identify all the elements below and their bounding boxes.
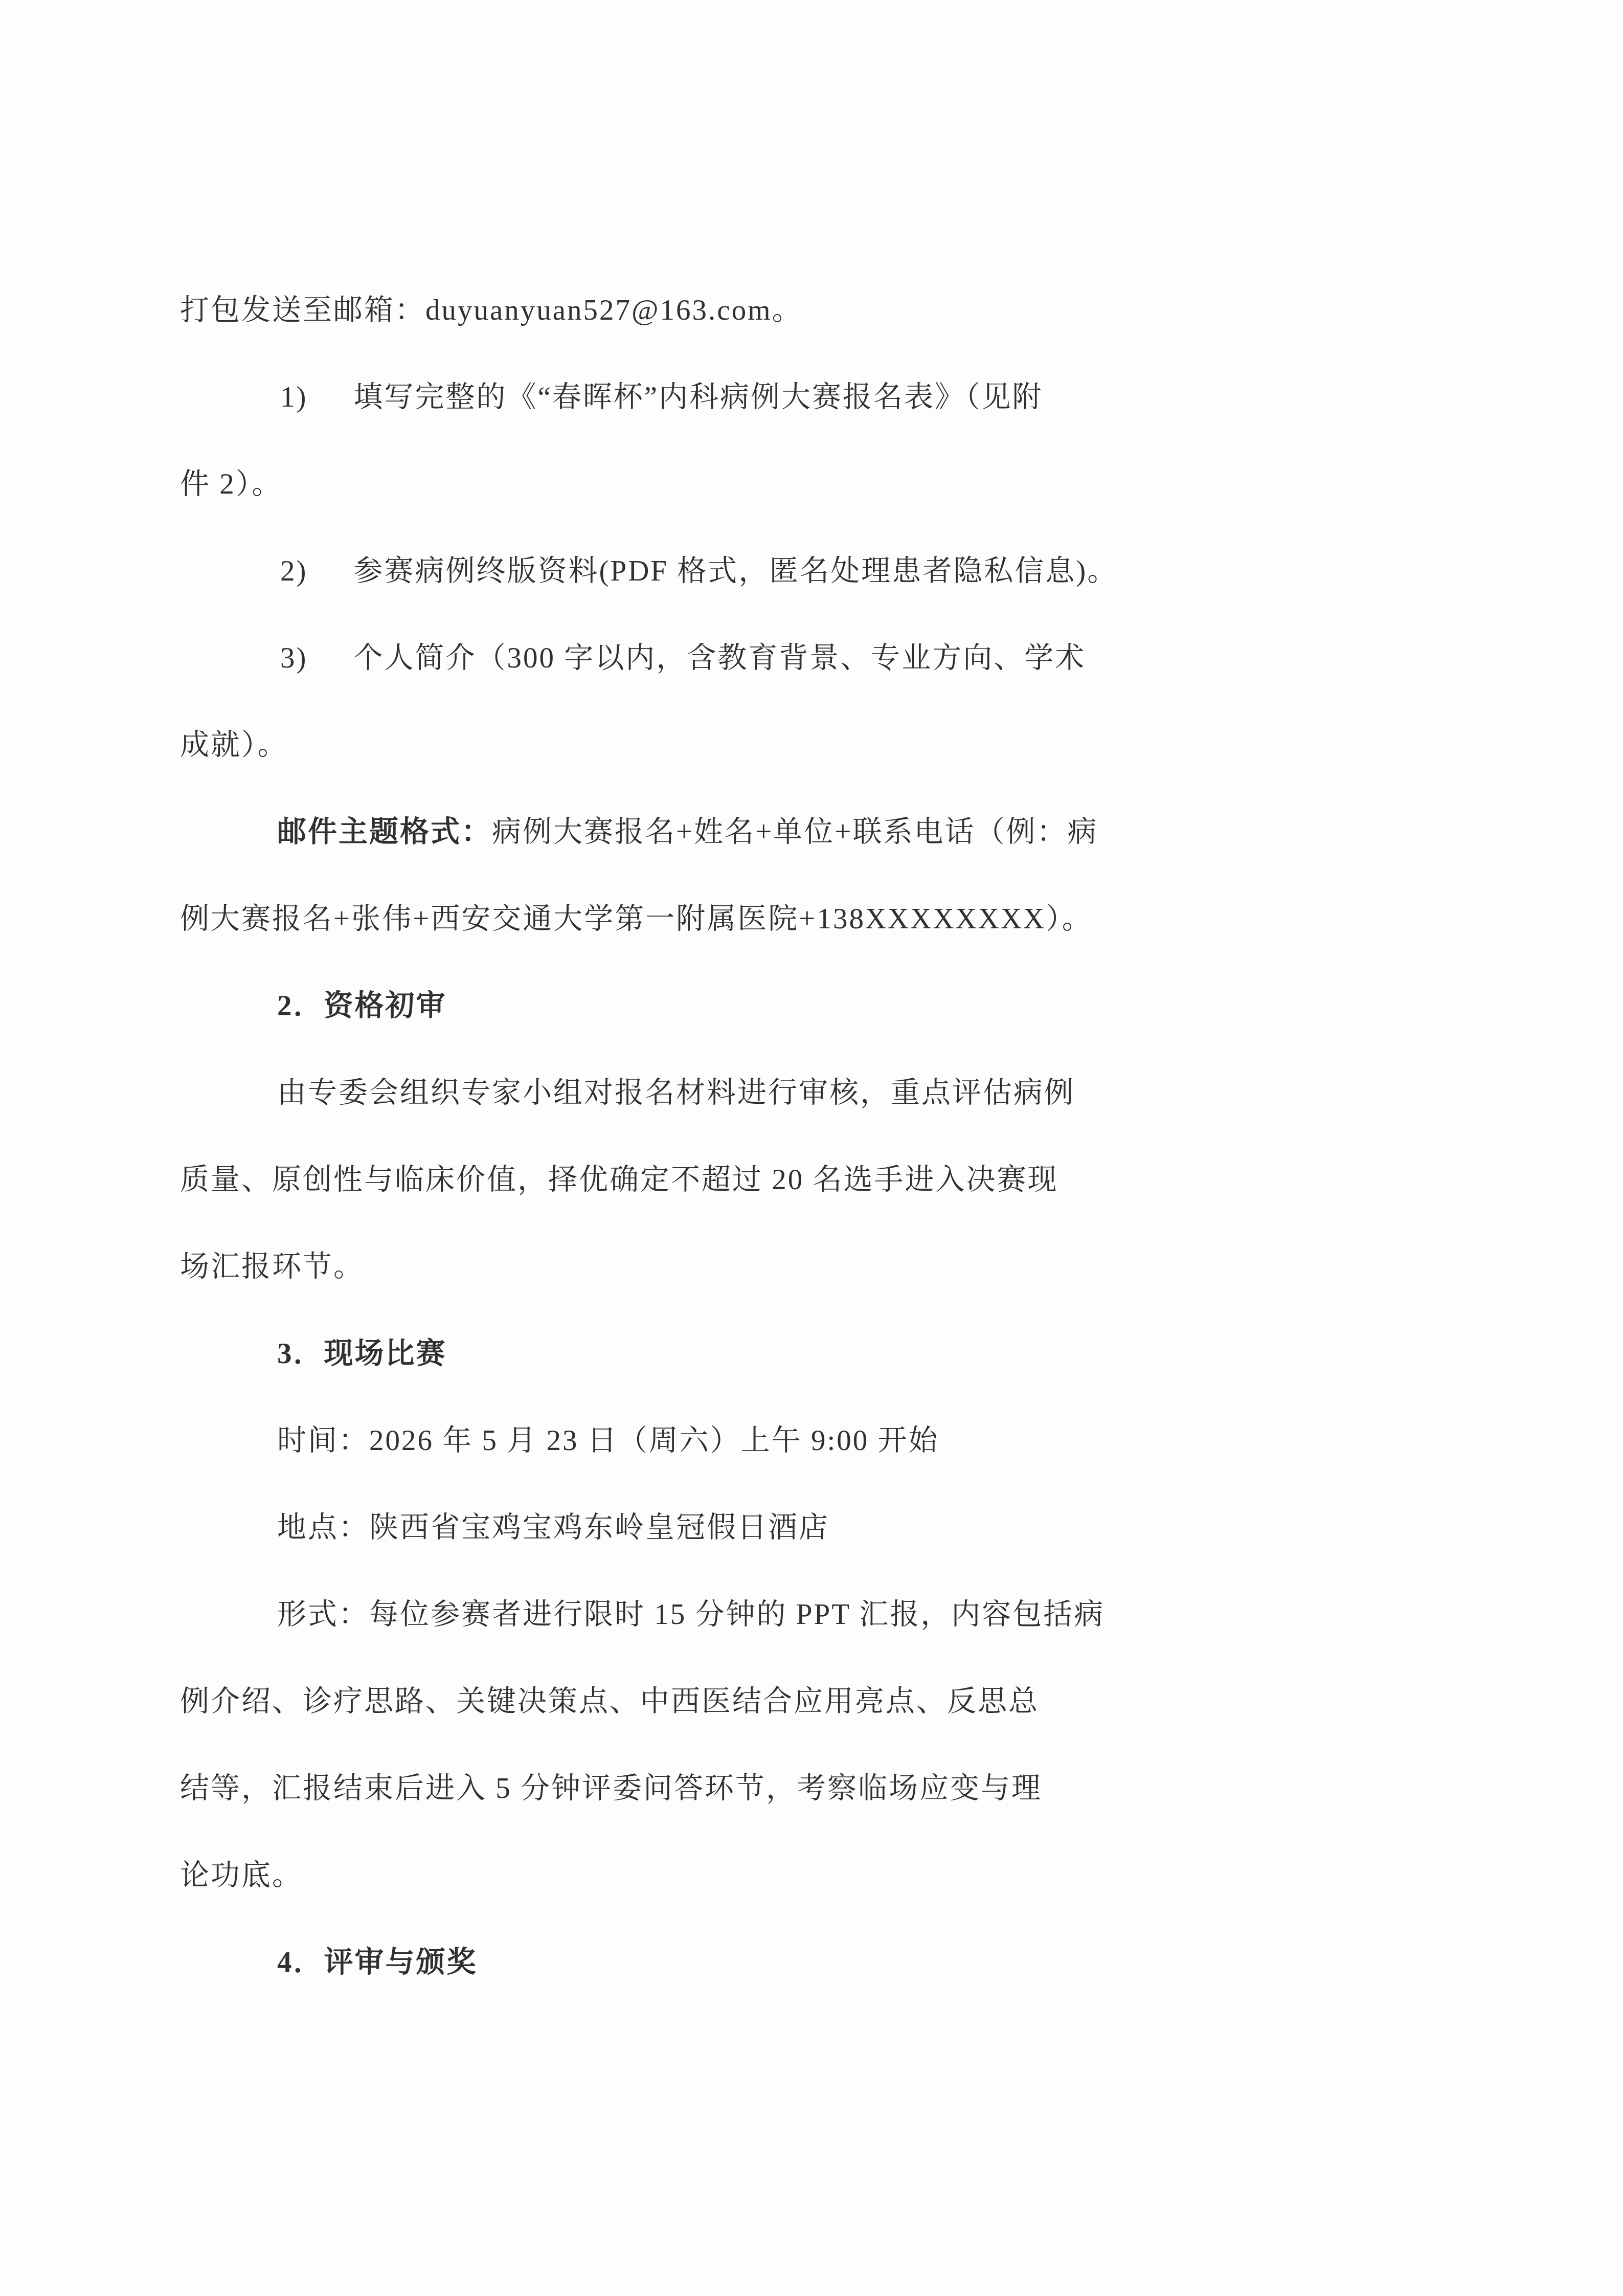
text-line: 打包发送至邮箱：duyuanyuan527@163.com。 (180, 267, 1449, 354)
text-segment: 时间：2026 年 5 月 23 日（周六）上午 9:00 开始 (277, 1424, 939, 1457)
text-segment: 地点：陕西省宝鸡宝鸡东岭皇冠假日酒店 (277, 1511, 829, 1544)
text-segment: 邮件主题格式： (277, 816, 492, 848)
text-segment: 填写完整的《“春晖杯”内科病例大赛报名表》（见附 (353, 381, 1043, 413)
text-segment: 例大赛报名+张伟+西安交通大学第一附属医院+138XXXXXXXX）。 (180, 903, 1093, 935)
text-line: 形式：每位参赛者进行限时 15 分钟的 PPT 汇报，内容包括病 (180, 1571, 1449, 1658)
text-line: 结等，汇报结束后进入 5 分钟评委问答环节，考察临场应变与理 (180, 1745, 1449, 1832)
document-page: 打包发送至邮箱：duyuanyuan527@163.com。1)填写完整的《“春… (0, 0, 1623, 2296)
text-segment: 场汇报环节。 (180, 1251, 364, 1283)
text-segment: 例介绍、诊疗思路、关键决策点、中西医结合应用亮点、反思总 (180, 1685, 1039, 1718)
text-line: 质量、原创性与临床价值，择优确定不超过 20 名选手进入决赛现 (180, 1136, 1449, 1223)
text-segment: 结等，汇报结束后进入 5 分钟评委问答环节，考察临场应变与理 (180, 1772, 1042, 1804)
section-heading: 2．资格初审 (180, 963, 1449, 1050)
document-text-block: 打包发送至邮箱：duyuanyuan527@163.com。1)填写完整的《“春… (180, 267, 1449, 2006)
text-segment: 2．资格初审 (277, 990, 447, 1022)
text-line: 由专委会组织专家小组对报名材料进行审核，重点评估病例 (180, 1050, 1449, 1136)
text-line: 论功底。 (180, 1832, 1449, 1919)
text-line: 2)参赛病例终版资料(PDF 格式，匿名处理患者隐私信息)。 (180, 528, 1449, 615)
section-heading: 3．现场比赛 (180, 1310, 1449, 1397)
text-segment: 病例大赛报名+姓名+单位+联系电话（例：病 (492, 816, 1098, 848)
text-segment: 3．现场比赛 (277, 1338, 447, 1370)
text-segment: 件 2）。 (180, 468, 282, 500)
text-segment: 个人简介（300 字以内，含教育背景、专业方向、学术 (353, 642, 1086, 674)
text-line: 时间：2026 年 5 月 23 日（周六）上午 9:00 开始 (180, 1397, 1449, 1484)
list-item-number: 2) (280, 528, 307, 615)
text-line: 成就）。 (180, 702, 1449, 789)
text-line: 3)个人简介（300 字以内，含教育背景、专业方向、学术 (180, 615, 1449, 702)
text-segment: 打包发送至邮箱：duyuanyuan527@163.com。 (180, 294, 802, 326)
text-line: 邮件主题格式：病例大赛报名+姓名+单位+联系电话（例：病 (180, 789, 1449, 876)
text-segment: 形式：每位参赛者进行限时 15 分钟的 PPT 汇报，内容包括病 (277, 1598, 1104, 1631)
text-line: 件 2）。 (180, 441, 1449, 528)
section-heading: 4．评审与颁奖 (180, 1919, 1449, 2006)
text-segment: 论功底。 (180, 1859, 303, 1891)
text-line: 地点：陕西省宝鸡宝鸡东岭皇冠假日酒店 (180, 1484, 1449, 1571)
list-item-number: 3) (280, 615, 307, 702)
text-segment: 质量、原创性与临床价值，择优确定不超过 20 名选手进入决赛现 (180, 1164, 1058, 1196)
text-line: 1)填写完整的《“春晖杯”内科病例大赛报名表》（见附 (180, 354, 1449, 441)
list-item-number: 1) (280, 354, 307, 441)
text-segment: 成就）。 (180, 729, 288, 761)
text-segment: 4．评审与颁奖 (277, 1946, 478, 1978)
text-line: 例大赛报名+张伟+西安交通大学第一附属医院+138XXXXXXXX）。 (180, 876, 1449, 963)
text-segment: 由专委会组织专家小组对报名材料进行审核，重点评估病例 (277, 1077, 1075, 1109)
text-line: 例介绍、诊疗思路、关键决策点、中西医结合应用亮点、反思总 (180, 1658, 1449, 1745)
text-segment: 参赛病例终版资料(PDF 格式，匿名处理患者隐私信息)。 (353, 555, 1118, 587)
text-line: 场汇报环节。 (180, 1223, 1449, 1310)
